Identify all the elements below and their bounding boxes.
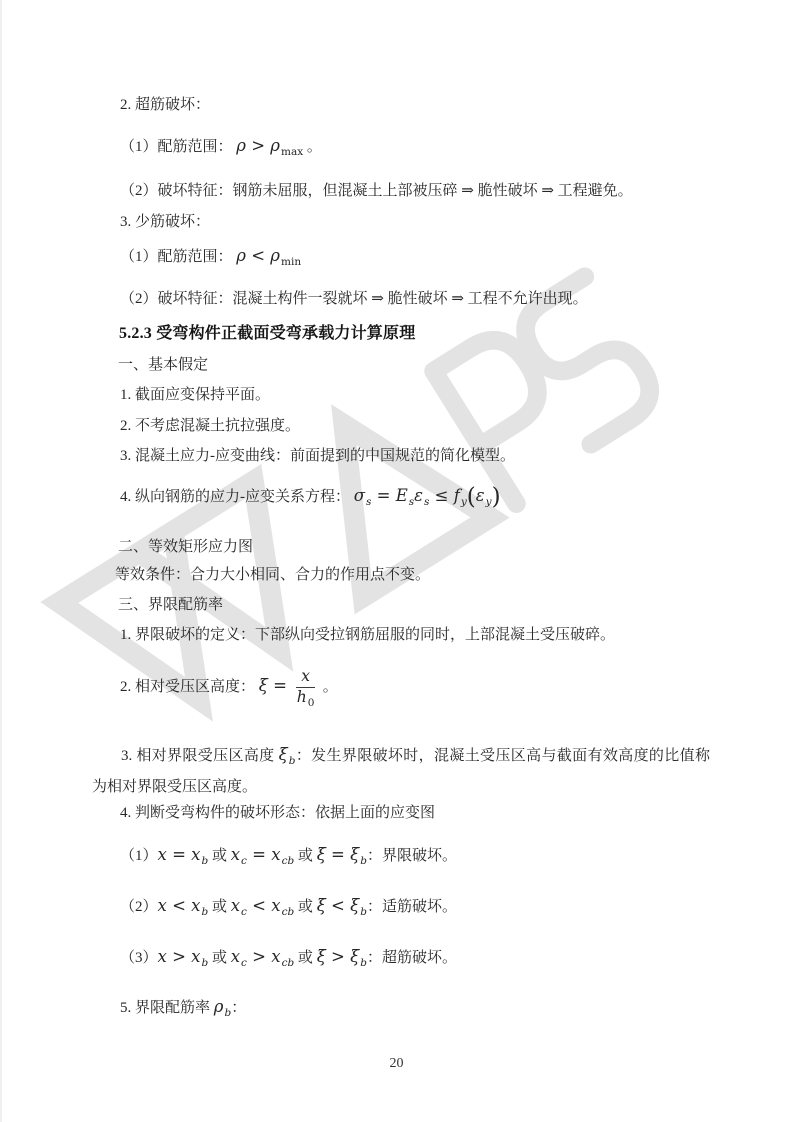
math-run: ξ [317, 947, 326, 966]
big-paren: ( [467, 484, 476, 510]
paragraph-14: 等效条件：合力大小相同、合力的作用点不变。 [115, 565, 430, 585]
math-run: < [246, 246, 270, 265]
paragraph-16: 1. 界限破坏的定义：下部纵向受拉钢筋屈服的同时，上部混凝土受压破碎。 [120, 625, 615, 645]
text-run: 1. 界限破坏的定义：下部纵向受拉钢筋屈服的同时，上部混凝土受压破碎。 [120, 627, 615, 643]
paragraph-9: 1. 截面应变保持平面。 [120, 385, 270, 405]
paragraph-3: （2）破坏特征：钢筋未屈服，但混凝土上部被压碎 ⇒ 脆性破坏 ⇒ 工程避免。 [120, 181, 633, 201]
math-run: ρ [236, 136, 246, 155]
math-symbol-with-subscript: ρb [214, 997, 231, 1016]
paragraph-21: （2）x < xb 或 xc < xcb 或 ξ < ξb：适筋破坏。 [120, 896, 457, 918]
math-run: x [158, 845, 167, 864]
math-run: = [371, 486, 395, 505]
math-subscript: cb [282, 855, 295, 867]
math-symbol-with-subscript: xb [191, 947, 208, 966]
text-run: 二、等效矩形应力图 [118, 539, 253, 555]
document-page: 2. 超筋破坏：（1）配筋范围： ρ > ρmax 。（2）破坏特征：钢筋未屈服… [0, 0, 793, 1122]
text-run: 1. 截面应变保持平面。 [120, 387, 270, 403]
math-run: = [247, 845, 271, 864]
math-subscript: c [241, 906, 247, 918]
fraction: xh0 [296, 668, 315, 707]
math-symbol-with-subscript: ρmin [270, 246, 301, 265]
text-run: （2）破坏特征：混凝土构件一裂就坏 ⇒ 脆性破坏 ⇒ 工程不允许出现。 [120, 291, 588, 307]
watermark-letter-p [434, 327, 588, 504]
text-run: 三、界限配筋率 [118, 597, 223, 613]
math-symbol-with-subscript: ξb [350, 896, 367, 915]
math-symbol-with-subscript: xb [191, 845, 208, 864]
math-subscript: b [289, 755, 296, 767]
big-paren: ) [492, 484, 501, 510]
text-run: 。 [303, 139, 322, 155]
math-symbol-with-subscript: Es [396, 486, 414, 505]
text-run: 2. 不考虑混凝土抗拉强度。 [120, 418, 300, 434]
text-run: 5. 界限配筋率 [120, 1000, 214, 1016]
math-subscript: b [360, 957, 367, 969]
math-subscript: y [461, 496, 467, 508]
math-subscript: cb [282, 906, 295, 918]
text-run: 一、基本假定 [118, 357, 208, 373]
text-run: （1）配筋范围： [120, 249, 236, 265]
paragraph-15: 三、界限配筋率 [118, 595, 223, 615]
math-subscript: max [281, 146, 303, 158]
math-symbol-with-subscript: ξb [279, 745, 296, 764]
math-run: < [167, 896, 191, 915]
paragraph-10: 2. 不考虑混凝土抗拉强度。 [120, 416, 300, 436]
text-run: 3. 少筋破坏： [120, 214, 210, 230]
paragraph-22: （3）x > xb 或 xc > xcb 或 ξ > ξb：超筋破坏。 [120, 947, 457, 969]
paragraph-13: 二、等效矩形应力图 [118, 537, 253, 557]
text-run: 4. 判断受弯构件的破坏形态：依据上面的应变图 [120, 805, 435, 821]
text-run: ：界限破坏。 [367, 848, 457, 864]
text-run: （2）破坏特征：钢筋未屈服，但混凝土上部被压碎 ⇒ 脆性破坏 ⇒ 工程避免。 [120, 183, 633, 199]
paragraph-12: 4. 纵向钢筋的应力-应变关系方程： σs = Esεs ≤ fy(εy) [120, 486, 501, 508]
math-run: ρ [236, 246, 246, 265]
math-run: > [167, 947, 191, 966]
text-run: 2. 相对受压区高度： [120, 679, 259, 695]
text-run: 5.2.3 受弯构件正截面受弯承载力计算原理 [119, 325, 415, 342]
text-run: 或 [208, 899, 231, 915]
paragraph-2: （1）配筋范围： ρ > ρmax 。 [120, 136, 322, 158]
math-run: > [326, 947, 350, 966]
math-symbol-with-subscript: xc [231, 896, 247, 915]
text-run: ： [231, 1000, 246, 1016]
text-run: 或 [294, 950, 317, 966]
paragraph-1: 2. 超筋破坏： [120, 95, 210, 115]
text-run: （2） [120, 899, 158, 915]
math-symbol-with-subscript: xcb [271, 896, 294, 915]
math-symbol-with-subscript: ξb [350, 845, 367, 864]
paragraph-19: 4. 判断受弯构件的破坏形态：依据上面的应变图 [120, 803, 435, 823]
math-run: ≤ [429, 486, 453, 505]
math-symbol-with-subscript: σs [354, 486, 372, 505]
text-run: 3. 混凝土应力-应变曲线：前面提到的中国规范的简化模型。 [120, 448, 515, 464]
math-symbol-with-subscript: fy [454, 486, 467, 505]
paragraph-5: （1）配筋范围： ρ < ρmin [120, 246, 301, 268]
math-subscript: s [409, 496, 414, 508]
math-subscript: y [486, 496, 492, 508]
text-run: 。 [319, 679, 338, 695]
math-symbol-with-subscript: ρmax [270, 136, 303, 155]
math-run: = [268, 676, 292, 695]
text-run: ：适筋破坏。 [367, 899, 457, 915]
fraction-denominator: h0 [296, 688, 315, 707]
math-symbol-with-subscript: xcb [271, 845, 294, 864]
math-symbol-with-subscript: xcb [271, 947, 294, 966]
math-symbol-with-subscript: εs [414, 486, 429, 505]
math-run: ξ [259, 676, 268, 695]
math-run: > [247, 947, 271, 966]
math-subscript: b [360, 906, 367, 918]
text-run: （3） [120, 950, 158, 966]
text-run: 等效条件：合力大小相同、合力的作用点不变。 [115, 567, 430, 583]
paragraph-6: （2）破坏特征：混凝土构件一裂就坏 ⇒ 脆性破坏 ⇒ 工程不允许出现。 [120, 289, 588, 309]
math-symbol-with-subscript: xb [191, 896, 208, 915]
math-run: ξ [317, 896, 326, 915]
math-run: x [158, 896, 167, 915]
page-edge [0, 0, 2, 1122]
paragraph-17: 2. 相对受压区高度： ξ = xh0 。 [120, 668, 338, 707]
math-subscript: c [241, 957, 247, 969]
text-run: 4. 纵向钢筋的应力-应变关系方程： [120, 489, 354, 505]
math-subscript: c [241, 855, 247, 867]
math-subscript: 0 [308, 697, 315, 709]
section-heading: 5.2.3 受弯构件正截面受弯承载力计算原理 [119, 324, 415, 344]
math-subscript: b [360, 855, 367, 867]
math-subscript: min [281, 256, 301, 268]
paragraph-18: 3. 相对界限受压区高度 ξb：发生界限破坏时，混凝土受压区高与截面有效高度的比… [92, 740, 710, 802]
math-subscript: b [201, 906, 208, 918]
math-run: = [326, 845, 350, 864]
math-run: x [158, 947, 167, 966]
math-subscript: s [366, 496, 371, 508]
math-subscript: s [424, 496, 429, 508]
text-run: （1） [120, 848, 158, 864]
math-run: > [246, 136, 270, 155]
math-symbol-with-subscript: εy [476, 486, 492, 505]
paragraph-4: 3. 少筋破坏： [120, 212, 210, 232]
text-run: 2. 超筋破坏： [120, 97, 210, 113]
text-run: 或 [208, 950, 231, 966]
math-symbol-with-subscript: xc [231, 845, 247, 864]
text-run: （1）配筋范围： [120, 139, 236, 155]
math-subscript: cb [282, 957, 295, 969]
math-subscript: b [201, 957, 208, 969]
math-symbol-with-subscript: ξb [350, 947, 367, 966]
math-subscript: b [201, 855, 208, 867]
math-run: < [247, 896, 271, 915]
paragraph-8: 一、基本假定 [118, 355, 208, 375]
paragraph-23: 5. 界限配筋率 ρb： [120, 997, 246, 1019]
math-symbol-with-subscript: xc [231, 947, 247, 966]
fraction-numerator: x [296, 668, 315, 688]
math-run: < [326, 896, 350, 915]
math-subscript: b [224, 1007, 231, 1019]
text-run: 3. 相对界限受压区高度 [121, 748, 279, 764]
math-run: ξ [317, 845, 326, 864]
paragraph-11: 3. 混凝土应力-应变曲线：前面提到的中国规范的简化模型。 [120, 446, 515, 466]
text-run: 或 [294, 848, 317, 864]
page-number: 20 [0, 1056, 793, 1072]
text-run: 或 [294, 899, 317, 915]
text-run: 或 [208, 848, 231, 864]
text-run: ：超筋破坏。 [367, 950, 457, 966]
math-run: = [167, 845, 191, 864]
paragraph-20: （1）x = xb 或 xc = xcb 或 ξ = ξb：界限破坏。 [120, 845, 457, 867]
